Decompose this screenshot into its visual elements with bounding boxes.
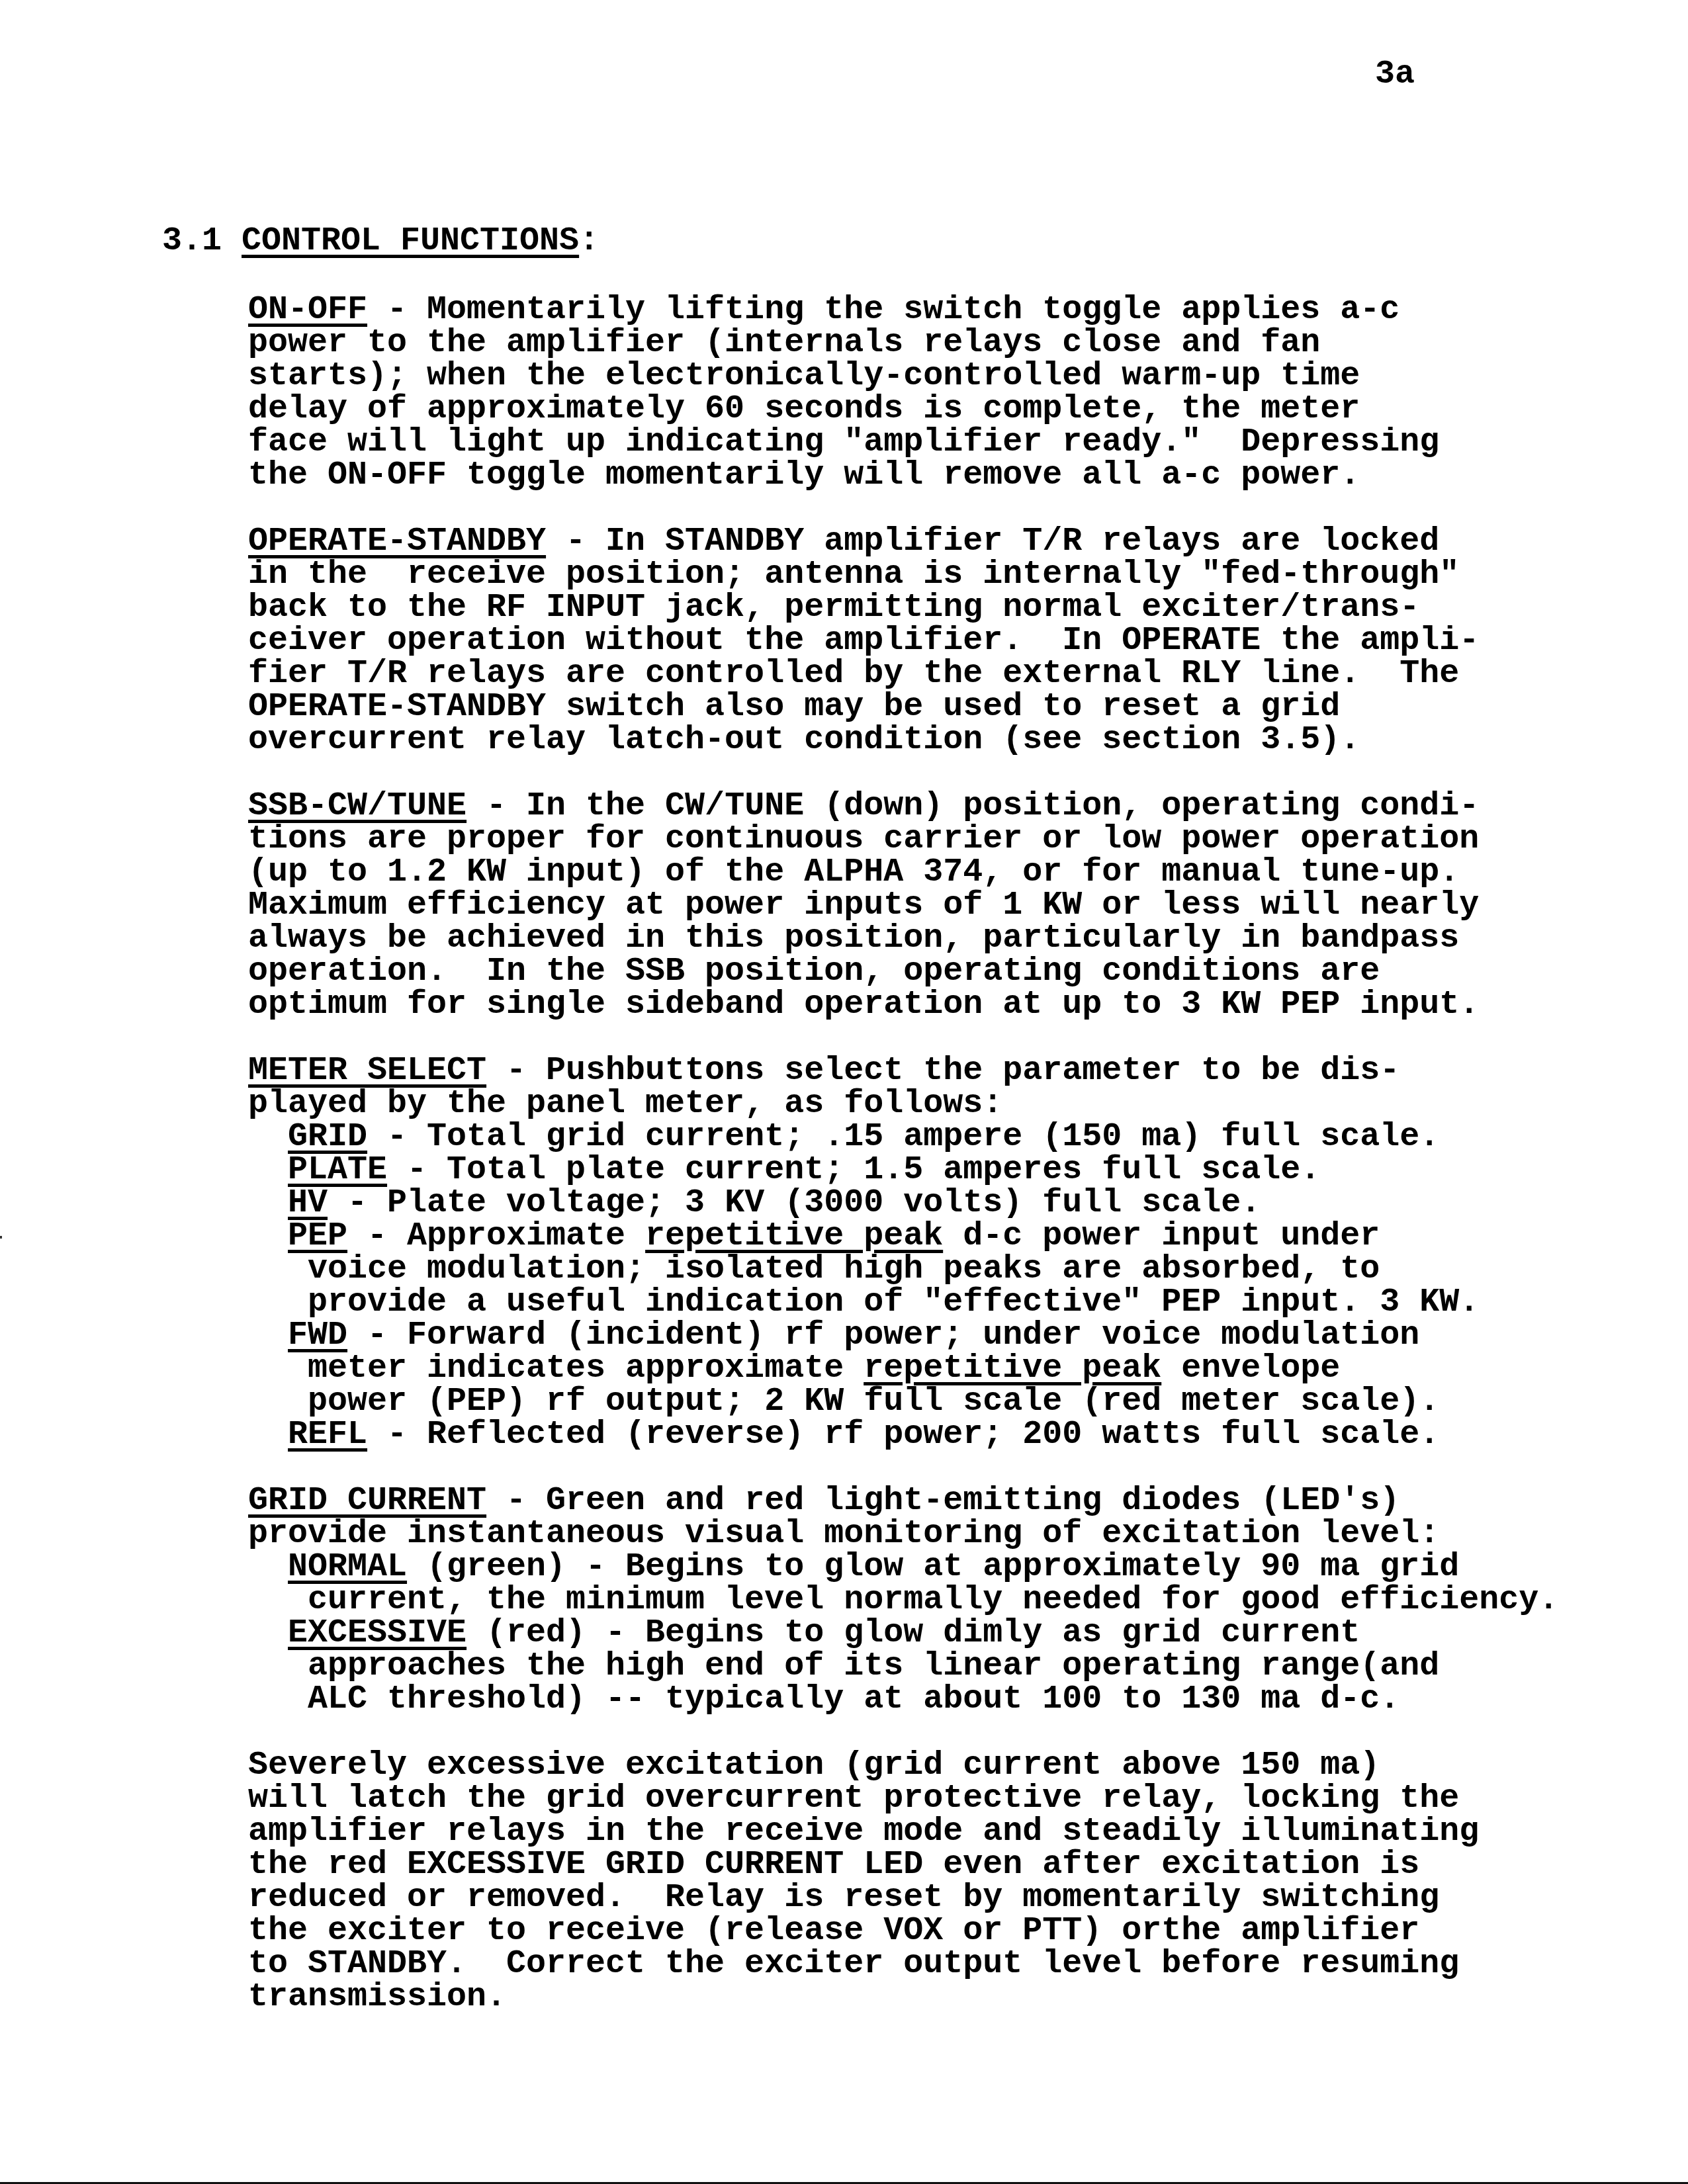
paragraph-on-off: ON-OFF - Momentarily lifting the switch … — [248, 294, 1558, 492]
text-line: the red EXCESSIVE GRID CURRENT LED even … — [248, 1849, 1558, 1882]
text-line: played by the panel meter, as follows: — [248, 1088, 1558, 1121]
text-line: HV - Plate voltage; 3 KV (3000 volts) fu… — [248, 1187, 1558, 1220]
text-line: FWD - Forward (incident) rf power; under… — [248, 1319, 1558, 1352]
paragraph-gap — [248, 492, 1558, 525]
text-segment: fier T/R relays are controlled by the ex… — [248, 655, 1459, 693]
underlined-term: HV — [288, 1184, 328, 1222]
paragraph-gap — [248, 1022, 1558, 1055]
paragraph-severe-excitation: Severely excessive excitation (grid curr… — [248, 1749, 1558, 2014]
text-segment — [248, 1151, 288, 1189]
text-line: REFL - Reflected (reverse) rf power; 200… — [248, 1419, 1558, 1452]
underlined-term: FWD — [288, 1317, 347, 1354]
underlined-term: PLATE — [288, 1151, 387, 1189]
text-segment: delay of approximately 60 seconds is com… — [248, 390, 1360, 428]
text-segment: approaches the high end of its linear op… — [248, 1647, 1439, 1685]
underlined-term: METER SELECT — [248, 1052, 486, 1090]
underlined-term: NORMAL — [288, 1548, 407, 1586]
section-heading: 3.1 CONTROL FUNCTIONS: — [162, 225, 599, 258]
text-segment: the exciter to receive (release VOX or P… — [248, 1912, 1419, 1950]
text-segment: reduced or removed. Relay is reset by mo… — [248, 1879, 1439, 1917]
text-segment — [248, 1614, 288, 1652]
text-segment: power to the amplifier (internals relays… — [248, 324, 1320, 362]
text-line: always be achieved in this position, par… — [248, 922, 1558, 955]
text-segment: power (PEP) rf output; 2 KW full scale (… — [248, 1383, 1439, 1420]
text-segment: back to the RF INPUT jack, permitting no… — [248, 589, 1419, 627]
paragraph-gap — [248, 757, 1558, 790]
text-segment: the ON-OFF toggle momentarily will remov… — [248, 457, 1360, 494]
section-title-suffix: : — [579, 222, 599, 260]
underlined-term: PEP — [288, 1217, 347, 1255]
text-segment: (red) - Begins to glow dimly as grid cur… — [466, 1614, 1360, 1652]
text-line: (up to 1.2 KW input) of the ALPHA 374, o… — [248, 856, 1558, 889]
text-line: approaches the high end of its linear op… — [248, 1650, 1558, 1683]
text-segment: - Reflected (reverse) rf power; 200 watt… — [367, 1416, 1439, 1454]
text-segment: amplifier relays in the receive mode and… — [248, 1813, 1479, 1851]
text-segment: (green) - Begins to glow at approximatel… — [407, 1548, 1459, 1586]
text-line: provide instantaneous visual monitoring … — [248, 1518, 1558, 1551]
underlined-term: OPERATE-STANDBY — [248, 523, 546, 560]
text-segment: OPERATE-STANDBY switch also may be used … — [248, 688, 1340, 726]
text-segment: played by the panel meter, as follows: — [248, 1085, 1002, 1123]
text-line: ALC threshold) -- typically at about 100… — [248, 1683, 1558, 1716]
text-segment: envelope — [1161, 1350, 1340, 1387]
text-segment — [248, 1217, 288, 1255]
text-line: SSB-CW/TUNE - In the CW/TUNE (down) posi… — [248, 790, 1558, 823]
text-line: power (PEP) rf output; 2 KW full scale (… — [248, 1385, 1558, 1419]
text-segment: d-c power input under — [943, 1217, 1380, 1255]
text-line: fier T/R relays are controlled by the ex… — [248, 658, 1558, 691]
scan-speck — [0, 1236, 2, 1239]
underlined-term: repetitive peak — [864, 1350, 1161, 1387]
text-line: starts); when the electronically-control… — [248, 360, 1558, 393]
paragraph-operate-standby: OPERATE-STANDBY - In STANDBY amplifier T… — [248, 525, 1558, 757]
text-line: Maximum efficiency at power inputs of 1 … — [248, 889, 1558, 922]
text-segment: - Pushbuttons select the parameter to be… — [486, 1052, 1399, 1090]
underlined-term: GRID — [288, 1118, 367, 1156]
text-segment: current, the minimum level normally need… — [248, 1581, 1558, 1619]
underlined-term: ON-OFF — [248, 291, 367, 329]
text-segment: will latch the grid overcurrent protecti… — [248, 1780, 1459, 1817]
text-line: Severely excessive excitation (grid curr… — [248, 1749, 1558, 1782]
text-segment: Severely excessive excitation (grid curr… — [248, 1747, 1380, 1784]
paragraph-gap — [248, 1716, 1558, 1749]
underlined-term: GRID CURRENT — [248, 1482, 486, 1520]
text-segment: transmission. — [248, 1978, 506, 2016]
text-segment: - In the CW/TUNE (down) position, operat… — [466, 787, 1479, 825]
text-line: ON-OFF - Momentarily lifting the switch … — [248, 294, 1558, 327]
text-line: will latch the grid overcurrent protecti… — [248, 1782, 1558, 1815]
text-segment — [248, 1118, 288, 1156]
text-line: NORMAL (green) - Begins to glow at appro… — [248, 1551, 1558, 1584]
text-segment: meter indicates approximate — [248, 1350, 864, 1387]
document-page: 3a 3.1 CONTROL FUNCTIONS: ON-OFF - Momen… — [0, 0, 1688, 2184]
section-body: ON-OFF - Momentarily lifting the switch … — [248, 294, 1558, 2014]
underlined-term: repetitive peak — [645, 1217, 943, 1255]
text-line: voice modulation; isolated high peaks ar… — [248, 1253, 1558, 1286]
text-segment: - Forward (incident) rf power; under voi… — [347, 1317, 1419, 1354]
text-line: amplifier relays in the receive mode and… — [248, 1815, 1558, 1849]
text-segment: (up to 1.2 KW input) of the ALPHA 374, o… — [248, 853, 1459, 891]
text-line: OPERATE-STANDBY switch also may be used … — [248, 691, 1558, 724]
text-line: overcurrent relay latch-out condition (s… — [248, 724, 1558, 757]
text-segment: ALC threshold) -- typically at about 100… — [248, 1681, 1399, 1718]
text-segment: - Green and red light-emitting diodes (L… — [486, 1482, 1399, 1520]
text-segment: - Total plate current; 1.5 amperes full … — [387, 1151, 1320, 1189]
paragraph-ssb-cw-tune: SSB-CW/TUNE - In the CW/TUNE (down) posi… — [248, 790, 1558, 1022]
text-segment: ceiver operation without the amplifier. … — [248, 622, 1479, 660]
text-line: PEP - Approximate repetitive peak d-c po… — [248, 1220, 1558, 1253]
text-line: optimum for single sideband operation at… — [248, 988, 1558, 1022]
section-title: CONTROL FUNCTIONS — [242, 222, 579, 260]
text-line: the exciter to receive (release VOX or P… — [248, 1915, 1558, 1948]
text-segment — [248, 1184, 288, 1222]
text-line: GRID - Total grid current; .15 ampere (1… — [248, 1121, 1558, 1154]
text-line: operation. In the SSB position, operatin… — [248, 955, 1558, 988]
text-line: back to the RF INPUT jack, permitting no… — [248, 591, 1558, 625]
text-line: PLATE - Total plate current; 1.5 amperes… — [248, 1154, 1558, 1187]
text-line: face will light up indicating "amplifier… — [248, 426, 1558, 459]
text-line: to STANDBY. Correct the exciter output l… — [248, 1948, 1558, 1981]
text-line: delay of approximately 60 seconds is com… — [248, 393, 1558, 426]
text-segment: Maximum efficiency at power inputs of 1 … — [248, 887, 1479, 924]
text-line: in the receive position; antenna is inte… — [248, 558, 1558, 591]
text-line: ceiver operation without the amplifier. … — [248, 625, 1558, 658]
text-line: provide a useful indication of "effectiv… — [248, 1286, 1558, 1319]
text-line: power to the amplifier (internals relays… — [248, 327, 1558, 360]
text-segment: operation. In the SSB position, operatin… — [248, 953, 1380, 990]
text-line: meter indicates approximate repetitive p… — [248, 1352, 1558, 1385]
text-line: current, the minimum level normally need… — [248, 1584, 1558, 1617]
text-segment: optimum for single sideband operation at… — [248, 986, 1479, 1024]
text-segment: provide instantaneous visual monitoring … — [248, 1515, 1439, 1553]
text-segment: - Total grid current; .15 ampere (150 ma… — [367, 1118, 1439, 1156]
text-segment: - In STANDBY amplifier T/R relays are lo… — [546, 523, 1439, 560]
text-segment: the red EXCESSIVE GRID CURRENT LED even … — [248, 1846, 1419, 1884]
text-segment: - Momentarily lifting the switch toggle … — [367, 291, 1399, 329]
paragraph-grid-current: GRID CURRENT - Green and red light-emitt… — [248, 1485, 1558, 1716]
page-number: 3a — [1375, 58, 1415, 91]
paragraph-meter-select: METER SELECT - Pushbuttons select the pa… — [248, 1055, 1558, 1452]
text-segment: - Approximate — [347, 1217, 645, 1255]
text-segment: always be achieved in this position, par… — [248, 920, 1459, 957]
text-segment: overcurrent relay latch-out condition (s… — [248, 721, 1360, 759]
text-segment: to STANDBY. Correct the exciter output l… — [248, 1945, 1459, 1983]
text-line: transmission. — [248, 1981, 1558, 2014]
text-segment: provide a useful indication of "effectiv… — [248, 1284, 1479, 1321]
text-segment — [248, 1317, 288, 1354]
text-line: EXCESSIVE (red) - Begins to glow dimly a… — [248, 1617, 1558, 1650]
text-line: reduced or removed. Relay is reset by mo… — [248, 1882, 1558, 1915]
text-segment: tions are proper for continuous carrier … — [248, 820, 1479, 858]
underlined-term: EXCESSIVE — [288, 1614, 466, 1652]
text-line: the ON-OFF toggle momentarily will remov… — [248, 459, 1558, 492]
text-line: OPERATE-STANDBY - In STANDBY amplifier T… — [248, 525, 1558, 558]
text-line: METER SELECT - Pushbuttons select the pa… — [248, 1055, 1558, 1088]
text-segment: - Plate voltage; 3 KV (3000 volts) full … — [328, 1184, 1261, 1222]
text-line: tions are proper for continuous carrier … — [248, 823, 1558, 856]
text-segment: voice modulation; isolated high peaks ar… — [248, 1250, 1380, 1288]
underlined-term: REFL — [288, 1416, 367, 1454]
text-segment: face will light up indicating "amplifier… — [248, 423, 1439, 461]
text-segment: starts); when the electronically-control… — [248, 357, 1360, 395]
text-segment — [248, 1416, 288, 1454]
underlined-term: SSB-CW/TUNE — [248, 787, 466, 825]
text-segment — [248, 1548, 288, 1586]
section-number: 3.1 — [162, 222, 222, 260]
text-line: GRID CURRENT - Green and red light-emitt… — [248, 1485, 1558, 1518]
paragraph-gap — [248, 1452, 1558, 1485]
text-segment: in the receive position; antenna is inte… — [248, 556, 1459, 593]
